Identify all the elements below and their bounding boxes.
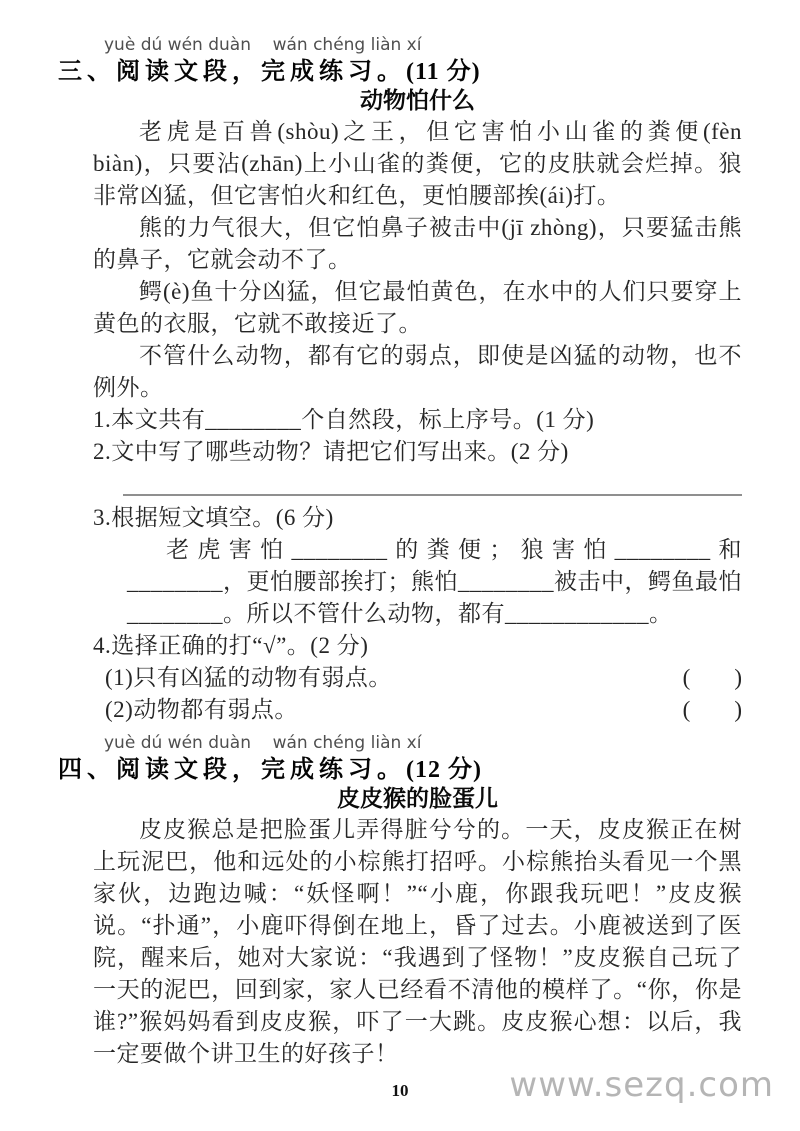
watermark: www.sezq.com xyxy=(509,1065,774,1105)
option-label: (1)只有凶猛的动物有弱点。 xyxy=(105,662,392,694)
answer-parentheses: () xyxy=(683,662,742,694)
section-score: (11 分) xyxy=(406,59,481,85)
question-4-option-1: (1)只有凶猛的动物有弱点。 () xyxy=(93,662,742,694)
question-list: 1.本文共有________个自然段，标上序号。(1 分) 2.文中写了哪些动物… xyxy=(93,404,742,726)
passage-paragraph: 熊的力气很大，但它怕鼻子被击中(jī zhòng)，只要猛击熊的鼻子，它就会动不… xyxy=(93,212,742,276)
passage-text: 老虎是百兽(shòu)之王，但它害怕小山雀的粪便(fèn biàn)，只要沾(z… xyxy=(93,116,742,404)
question-4: 4.选择正确的打“√”。(2 分) xyxy=(93,630,742,662)
question-1: 1.本文共有________个自然段，标上序号。(1 分) xyxy=(93,404,742,436)
paren-open: ( xyxy=(683,662,691,694)
section-heading: 四、阅读文段，完成练习。(12 分) xyxy=(58,754,742,784)
paren-open: ( xyxy=(683,694,691,726)
answer-line xyxy=(123,468,742,496)
section-four: yuè dú wén duàn wán chéng liàn xí 四、阅读文段… xyxy=(58,732,742,1070)
question-3: 3.根据短文填空。(6 分) xyxy=(93,502,742,534)
paren-close: ) xyxy=(734,694,742,726)
option-label: (2)动物都有弱点。 xyxy=(105,694,298,726)
passage-paragraph: 老虎是百兽(shòu)之王，但它害怕小山雀的粪便(fèn biàn)，只要沾(z… xyxy=(93,116,742,212)
pinyin-annotation: yuè dú wén duàn wán chéng liàn xí xyxy=(104,732,742,754)
passage-paragraph: 鳄(è)鱼十分凶猛，但它最怕黄色，在水中的人们只要穿上黄色的衣服，它就不敢接近了… xyxy=(93,276,742,340)
section-score: (12 分) xyxy=(406,757,482,783)
question-3-fill-blanks: 老虎害怕________的粪便；狼害怕________和________，更怕腰… xyxy=(127,534,742,630)
answer-parentheses: () xyxy=(683,694,742,726)
question-4-option-2: (2)动物都有弱点。 () xyxy=(93,694,742,726)
worksheet-page: yuè dú wén duàn wán chéng liàn xí 三、阅读文段… xyxy=(0,0,800,1131)
paren-close: ) xyxy=(734,662,742,694)
pinyin-annotation: yuè dú wén duàn wán chéng liàn xí xyxy=(104,34,742,56)
passage-title: 动物怕什么 xyxy=(93,86,742,116)
section-heading-text: 三、阅读文段，完成练习。 xyxy=(58,57,406,85)
passage-title: 皮皮猴的脸蛋儿 xyxy=(93,784,742,814)
section-heading-text: 四、阅读文段，完成练习。 xyxy=(58,755,406,783)
section-heading: 三、阅读文段，完成练习。(11 分) xyxy=(58,56,742,86)
passage-paragraph: 皮皮猴总是把脸蛋儿弄得脏兮兮的。一天，皮皮猴正在树上玩泥巴，他和远处的小棕熊打招… xyxy=(93,814,742,1070)
question-2: 2.文中写了哪些动物？请把它们写出来。(2 分) xyxy=(93,436,742,468)
section-three: yuè dú wén duàn wán chéng liàn xí 三、阅读文段… xyxy=(58,34,742,726)
passage-text: 皮皮猴总是把脸蛋儿弄得脏兮兮的。一天，皮皮猴正在树上玩泥巴，他和远处的小棕熊打招… xyxy=(93,814,742,1070)
passage-paragraph: 不管什么动物，都有它的弱点，即使是凶猛的动物，也不例外。 xyxy=(93,340,742,404)
